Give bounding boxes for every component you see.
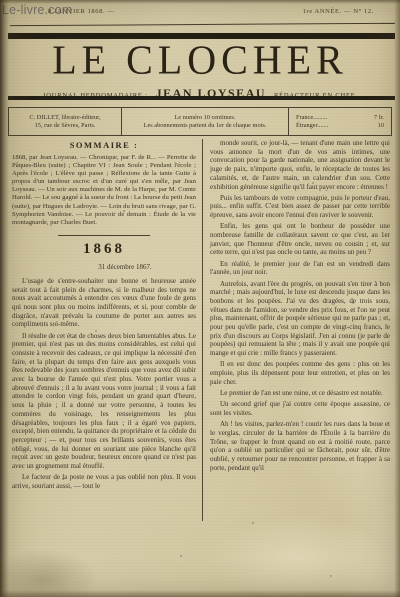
summary-heading: SOMMAIRE : <box>12 140 196 150</box>
article-paragraph: En réalité, le premier jour de l'an est … <box>210 260 390 277</box>
rate-france-label: France......... <box>296 114 327 122</box>
price-cell: Le numéro 10 centimes. Les abonnements p… <box>122 108 289 135</box>
page-header: 8 JANVIER 1868. — 1re ANNÉE. — N° 12. <box>48 8 374 15</box>
publisher-cell: C. DILLET, libraire-éditeur, 15, rue de … <box>9 108 122 135</box>
article-dateline: 31 décembre 1867. <box>54 263 196 271</box>
article-paragraph: Puis les tambours de votre compagnie, pu… <box>210 194 390 220</box>
article-paragraph: Ah ! les visites, parlez-m'en ! courir l… <box>210 420 390 472</box>
header-date: 8 JANVIER 1868. — <box>48 8 115 15</box>
rate-etranger-value: 10 <box>378 122 384 130</box>
article-paragraph: Il en est donc des poupées comme des gen… <box>210 360 390 386</box>
paper-specks <box>0 0 2 2</box>
left-column: SOMMAIRE : 1868, par Jean Loyseau. — Chr… <box>12 139 202 521</box>
subscription-rates-cell: France......... 7 fr. Étranger....... 10 <box>289 108 391 135</box>
header-rule <box>10 23 395 26</box>
scanned-newspaper-page: Le-livre.com 8 JANVIER 1868. — 1re ANNÉE… <box>0 0 400 597</box>
article-paragraph: Autrefois, avant l'ère du progrès, on po… <box>210 280 390 358</box>
right-column: monde sourit, ce jour-là, — tenant d'une… <box>202 139 390 521</box>
publisher-address: 15, rue de Sèvres, Paris. <box>12 122 118 130</box>
issue-price: Le numéro 10 centimes. <box>125 114 285 122</box>
info-table: C. DILLET, libraire-éditeur, 15, rue de … <box>8 107 392 136</box>
article-paragraph: Le premier de l'an est une ruine, et ce … <box>210 389 390 398</box>
newspaper-title: LE CLOCHER <box>0 39 400 81</box>
article-title: 1868 <box>12 241 196 258</box>
header-issue-number: 1re ANNÉE. — N° 12. <box>303 8 374 15</box>
rate-france-value: 7 fr. <box>374 114 384 122</box>
publisher-name: C. DILLET, libraire-éditeur, <box>12 114 118 122</box>
section-divider <box>58 235 150 236</box>
rate-france: France......... 7 fr. <box>292 114 388 122</box>
summary-text: 1868, par Jean Loyseau. — Chronique, par… <box>12 154 196 227</box>
subscription-note: Les abonnements partent du 1er de chaque… <box>125 122 285 130</box>
edge-shadow-bottom <box>0 590 400 597</box>
article-paragraph: L'usage de s'entre-souhaiter une bonne e… <box>12 277 196 329</box>
article-paragraph: Le facteur de la poste ne vous a pas oub… <box>12 473 196 490</box>
article-paragraph: Il résulte de cet état de choses deux bi… <box>12 332 196 471</box>
article-paragraph: monde sourit, ce jour-là, — tenant d'une… <box>210 139 390 191</box>
masthead-bar-bottom <box>8 96 395 100</box>
article-columns: SOMMAIRE : 1868, par Jean Loyseau. — Chr… <box>12 139 390 521</box>
rate-etranger-label: Étranger....... <box>296 122 328 130</box>
article-paragraph: Enfin, les gens qui ont le bonheur de po… <box>210 222 390 257</box>
rate-etranger: Étranger....... 10 <box>292 122 388 130</box>
article-paragraph: Un second grief que j'ai contre cette ép… <box>210 400 390 417</box>
